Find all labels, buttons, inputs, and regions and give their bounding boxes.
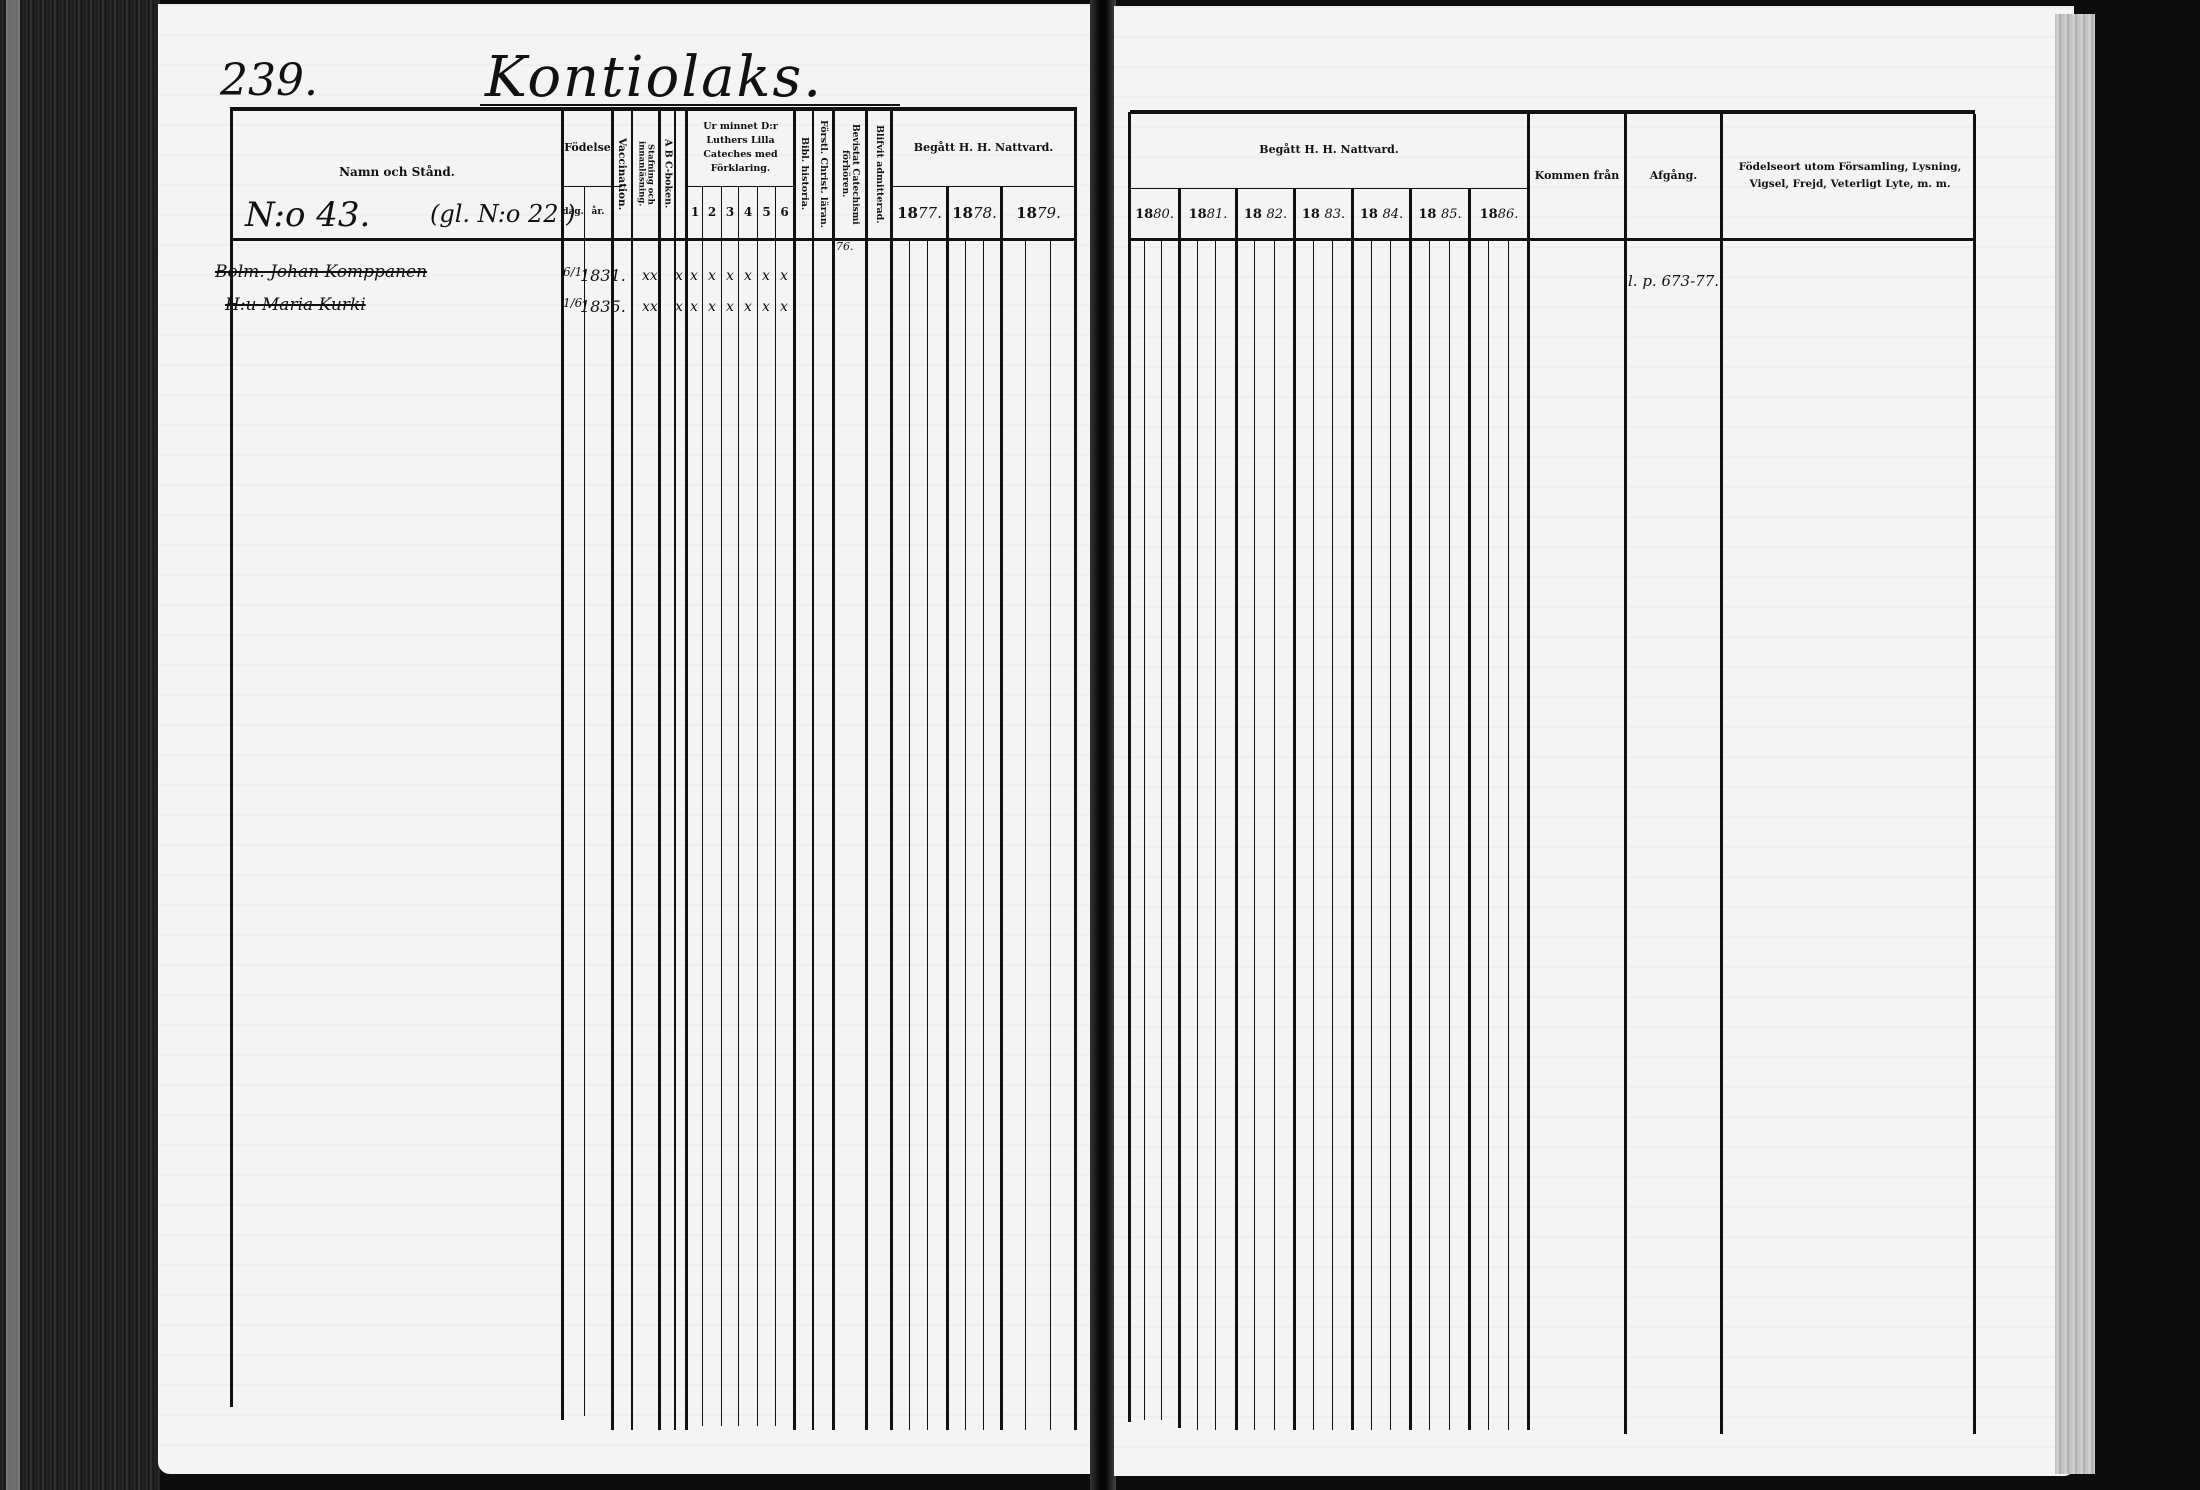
- col-line: [702, 186, 703, 1426]
- col-line: [1429, 240, 1430, 1430]
- header-abc-book: A B C-boken.: [661, 112, 674, 236]
- entry-2-mark-cat2: x: [708, 299, 716, 315]
- book-cover-edge: [6, 0, 20, 1490]
- col-line: [1332, 240, 1333, 1430]
- col-line: [1128, 112, 1131, 1422]
- col-line: [1527, 112, 1530, 1430]
- header-year-1881: 1881.: [1181, 189, 1235, 239]
- header-vaccination: Vaccination.: [613, 112, 631, 236]
- header-admitted: Blifvit admitterad.: [868, 112, 890, 236]
- col-line: [1000, 186, 1003, 1430]
- col-line: [1254, 240, 1255, 1430]
- col-line: [584, 186, 585, 1416]
- col-line: [1025, 240, 1026, 1430]
- header-year-1879: 1879.: [1003, 188, 1074, 238]
- entry-2-mark-abc: x: [675, 299, 683, 315]
- col-line: [1313, 240, 1314, 1430]
- header-year-1877: 1877.: [893, 188, 946, 238]
- col-line: [812, 110, 814, 1430]
- col-line: [793, 110, 796, 1430]
- col-line: [1409, 188, 1412, 1430]
- entry-2-mark-cat5: x: [762, 299, 770, 315]
- header-communion-left: Begått H. H. Nattvard.: [893, 112, 1074, 184]
- header-year-1878: 1878.: [949, 188, 1000, 238]
- header-bible-history: Bibl. historia.: [796, 112, 812, 236]
- col-line: [631, 110, 633, 1430]
- entry-name-2: H:u Maria Kurki: [225, 295, 366, 315]
- col-line: [1074, 110, 1077, 1430]
- col-line: [1508, 240, 1509, 1430]
- book-spine-left: [0, 0, 160, 1490]
- entry-1-birth-year: 1831.: [580, 266, 626, 285]
- col-line: [1371, 240, 1372, 1430]
- header-catechism-part-3: 3: [722, 187, 738, 237]
- col-line: [757, 186, 758, 1426]
- col-line: [1197, 240, 1198, 1430]
- header-birthplace-notes: Födelseort utom Församling, Lysning, Vig…: [1730, 114, 1970, 238]
- col-line: [775, 186, 776, 1426]
- page-number: 239.: [220, 55, 318, 106]
- col-line: [1351, 188, 1354, 1430]
- col-line: [1390, 240, 1391, 1430]
- header-year-1886: 1886.: [1471, 189, 1527, 239]
- header-year-1882: 18 82.: [1238, 189, 1293, 239]
- entry-1-mark-abc: x: [675, 268, 683, 284]
- col-line: [1293, 188, 1296, 1430]
- col-line: [965, 240, 966, 1430]
- header-catechism-part-4: 4: [739, 187, 757, 237]
- header-year-1880: 1880.: [1131, 189, 1178, 239]
- col-line: [685, 110, 688, 1430]
- entry-1-mark-cat1: x: [690, 268, 698, 284]
- col-line: [1449, 240, 1450, 1430]
- header-birth-year: år.: [585, 187, 611, 237]
- col-line: [1050, 240, 1051, 1430]
- col-line: [1235, 188, 1238, 1430]
- col-line: [946, 186, 949, 1430]
- col-line: [658, 110, 661, 1430]
- book-fore-edge: [2055, 14, 2095, 1474]
- entry-2-mark-cat4: x: [744, 299, 752, 315]
- header-year-1884: 18 84.: [1354, 189, 1409, 239]
- col-line: [1468, 188, 1471, 1430]
- header-catechism-part-2: 2: [703, 187, 721, 237]
- header-catechism-part-5: 5: [758, 187, 775, 237]
- header-communion-right: Begått H. H. Nattvard.: [1131, 114, 1527, 186]
- header-catechism-part-6: 6: [776, 187, 793, 237]
- header-birth-day: dag.: [562, 187, 584, 237]
- entry-2-birth-year: 1835.: [580, 297, 626, 316]
- col-line: [1161, 240, 1162, 1420]
- header-reading: Stafning och innanläsning.: [633, 112, 658, 236]
- entry-2-mark-cat3: x: [726, 299, 734, 315]
- col-line: [1624, 112, 1627, 1434]
- entry-1-departure: l. p. 673-77.: [1628, 272, 1719, 290]
- entry-1-mark-cat2: x: [708, 268, 716, 284]
- col-line: [1178, 188, 1181, 1428]
- entry-1-mark-cat6: x: [780, 268, 788, 284]
- col-line: [927, 240, 928, 1430]
- page-title-place: Kontiolaks.: [485, 45, 823, 110]
- col-line: [890, 110, 893, 1430]
- col-line: [1488, 240, 1489, 1430]
- left-table-top-border: [232, 107, 1077, 111]
- header-christian-doctrine: Förstl. Christ. läran.: [814, 112, 832, 236]
- entry-1-mark-cat3: x: [726, 268, 734, 284]
- col-line: [865, 110, 868, 1430]
- entry-1-mark-cat4: x: [744, 268, 752, 284]
- col-line: [1144, 240, 1145, 1420]
- col-line: [1973, 114, 1976, 1434]
- col-line: [1215, 240, 1216, 1430]
- header-catechism-part-1: 1: [688, 187, 702, 237]
- header-catechism: Ur minnet D:r Luthers Lilla Cateches med…: [688, 112, 793, 184]
- col-line: [832, 110, 835, 1430]
- header-departure: Afgång.: [1627, 114, 1720, 238]
- col-line: [721, 186, 722, 1426]
- entry-2-mark-cat1: x: [690, 299, 698, 315]
- header-came-from: Kommen från: [1530, 114, 1624, 238]
- col-line: [909, 240, 910, 1430]
- col-line: [738, 186, 739, 1426]
- house-old-number: (gl. N:o 22.): [430, 200, 576, 228]
- col-line: [1720, 112, 1723, 1434]
- entry-2-mark-reading: xx: [642, 299, 658, 315]
- header-catechism-exams: Bevistat Catechismi förhören.: [835, 112, 865, 236]
- entry-1-mark-cat5: x: [762, 268, 770, 284]
- entry-2-mark-cat6: x: [780, 299, 788, 315]
- house-number: N:o 43.: [245, 195, 370, 235]
- title-underline: [480, 104, 900, 106]
- entry-1-catechism-exams: 76.: [836, 240, 854, 253]
- header-year-1883: 18 83.: [1296, 189, 1351, 239]
- col-line: [1274, 240, 1275, 1430]
- col-line: [983, 240, 984, 1430]
- left-header-bottom-border: [232, 238, 1077, 241]
- book-gutter: [1090, 0, 1116, 1490]
- entry-name-1: Bolm. Johan Komppanen: [215, 262, 427, 282]
- left-subheader-line-communion: [891, 186, 1076, 187]
- header-birth: Födelse: [564, 112, 611, 184]
- header-year-1885: 18 85.: [1412, 189, 1468, 239]
- entry-1-mark-reading: xx: [642, 268, 658, 284]
